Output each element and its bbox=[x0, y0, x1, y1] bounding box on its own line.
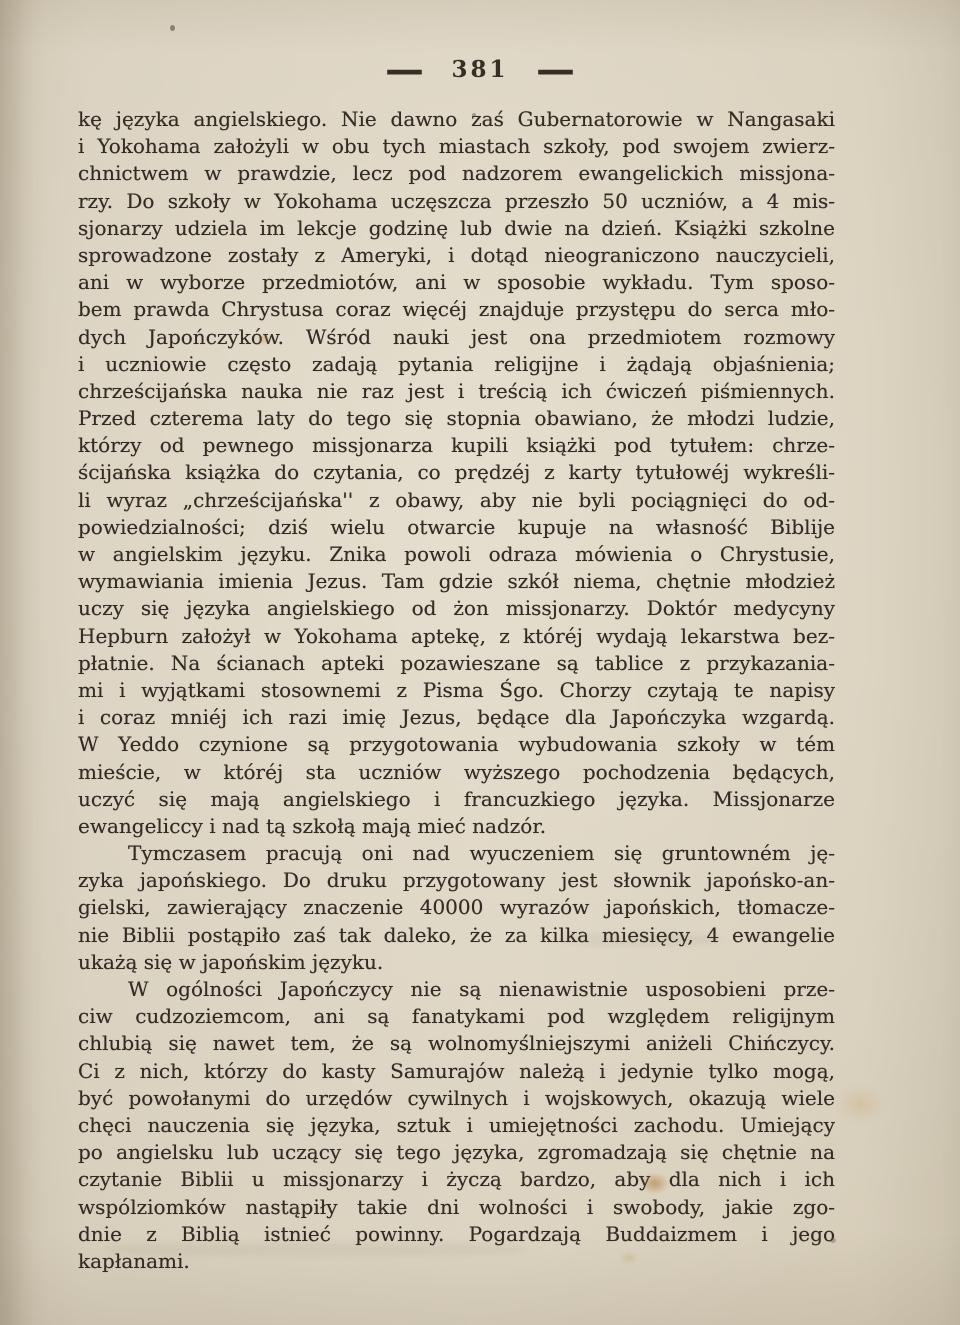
text-line: dnie z Biblią istnieć powinny. Pogardzaj… bbox=[78, 1221, 835, 1248]
text-line: i uczniowie często zadają pytania religi… bbox=[78, 351, 835, 378]
text-line: ukażą się w japońskim języku. bbox=[78, 949, 835, 976]
text-line: bem prawda Chrystusa coraz więcéj znajdu… bbox=[78, 296, 835, 323]
text-line: w angielskim języku. Znika powoli odraza… bbox=[78, 541, 835, 568]
text-line: zyka japońskiego. Do druku przygotowany … bbox=[78, 867, 835, 894]
text-line: czytanie Biblii u missjonarzy i życzą ba… bbox=[78, 1166, 835, 1193]
text-line: chlubią się nawet tem, że są wolnomyślni… bbox=[78, 1030, 835, 1057]
text-line: chnictwem w prawdzie, lecz pod nadzorem … bbox=[78, 160, 835, 187]
text-line: li wyraz „chrześcijańska'' z obawy, aby … bbox=[78, 487, 835, 514]
header-dash-left: — bbox=[386, 46, 425, 92]
text-line: wymawiania imienia Jezus. Tam gdzie szkó… bbox=[78, 568, 835, 595]
text-line: ewangeliccy i nad tą szkołą mają mieć na… bbox=[78, 813, 835, 840]
text-line: W Yeddo czynione są przygotowania wybudo… bbox=[78, 731, 835, 758]
page-header: — 381 — bbox=[10, 54, 950, 84]
text-line: rzy. Do szkoły w Yokohama uczęszcza prze… bbox=[78, 188, 835, 215]
text-line: sjonarzy udziela im lekcje godzinę lub d… bbox=[78, 215, 835, 242]
page-number: 381 bbox=[451, 56, 508, 83]
page-left-edge-shadow bbox=[0, 0, 46, 1325]
page-text: kę języka angielskiego. Nie dawno zaś Gu… bbox=[78, 106, 835, 1275]
text-line: kę języka angielskiego. Nie dawno zaś Gu… bbox=[78, 106, 835, 133]
header-dash-right: — bbox=[536, 46, 575, 92]
text-line: uczy się języka angielskiego od żon miss… bbox=[78, 595, 835, 622]
text-line: Tymczasem pracują oni nad wyuczeniem się… bbox=[78, 840, 835, 867]
text-line: i coraz mniéj ich razi imię Jezus, będąc… bbox=[78, 704, 835, 731]
text-line: mieście, w któréj sta uczniów wyższego p… bbox=[78, 759, 835, 786]
text-line: Ci z nich, którzy do kasty Samurajów nal… bbox=[78, 1058, 835, 1085]
text-line: ani w wyborze przedmiotów, ani w sposobi… bbox=[78, 269, 835, 296]
text-line: kapłanami. bbox=[78, 1248, 835, 1275]
text-line: dych Japończyków. Wśród nauki jest ona p… bbox=[78, 324, 835, 351]
text-line: Hepburn założył w Yokohama aptekę, z któ… bbox=[78, 623, 835, 650]
text-line: uczyć się mają angielskiego i francuzkie… bbox=[78, 786, 835, 813]
ink-speck bbox=[170, 25, 175, 31]
paper-stain bbox=[836, 1085, 884, 1123]
text-line: ciw cudzoziemcom, ani są fanatykami pod … bbox=[78, 1003, 835, 1030]
text-line: nie Biblii postąpiło zaś tak daleko, że … bbox=[78, 922, 835, 949]
text-line: gielski, zawierający znaczenie 40000 wyr… bbox=[78, 894, 835, 921]
scanned-page: — 381 — kę języka angielskiego. Nie dawn… bbox=[0, 0, 960, 1325]
text-line: mi i wyjątkami stosownemi z Pisma Śgo. C… bbox=[78, 677, 835, 704]
text-line: ścijańska książka do czytania, co prędzé… bbox=[78, 459, 835, 486]
text-line: powiedzialności; dziś wielu otwarcie kup… bbox=[78, 514, 835, 541]
text-line: W ogólności Japończycy nie są nienawistn… bbox=[78, 976, 835, 1003]
text-line: chrześcijańska nauka nie raz jest i treś… bbox=[78, 378, 835, 405]
text-line: płatnie. Na ścianach apteki pozawieszane… bbox=[78, 650, 835, 677]
text-line: wspólziomków nastąpiły takie dni wolnośc… bbox=[78, 1194, 835, 1221]
text-line: być powołanymi do urzędów cywilnych i wo… bbox=[78, 1085, 835, 1112]
text-line: Przed czterema laty do tego się stopnia … bbox=[78, 405, 835, 432]
text-line: sprowadzone zostały z Ameryki, i dotąd n… bbox=[78, 242, 835, 269]
text-line: chęci nauczenia się języka, sztuk i umie… bbox=[78, 1112, 835, 1139]
text-line: którzy od pewnego missjonarza kupili ksi… bbox=[78, 432, 835, 459]
text-line: po angielsku lub uczący się tego języka,… bbox=[78, 1139, 835, 1166]
text-line: i Yokohama założyli w obu tych miastach … bbox=[78, 133, 835, 160]
